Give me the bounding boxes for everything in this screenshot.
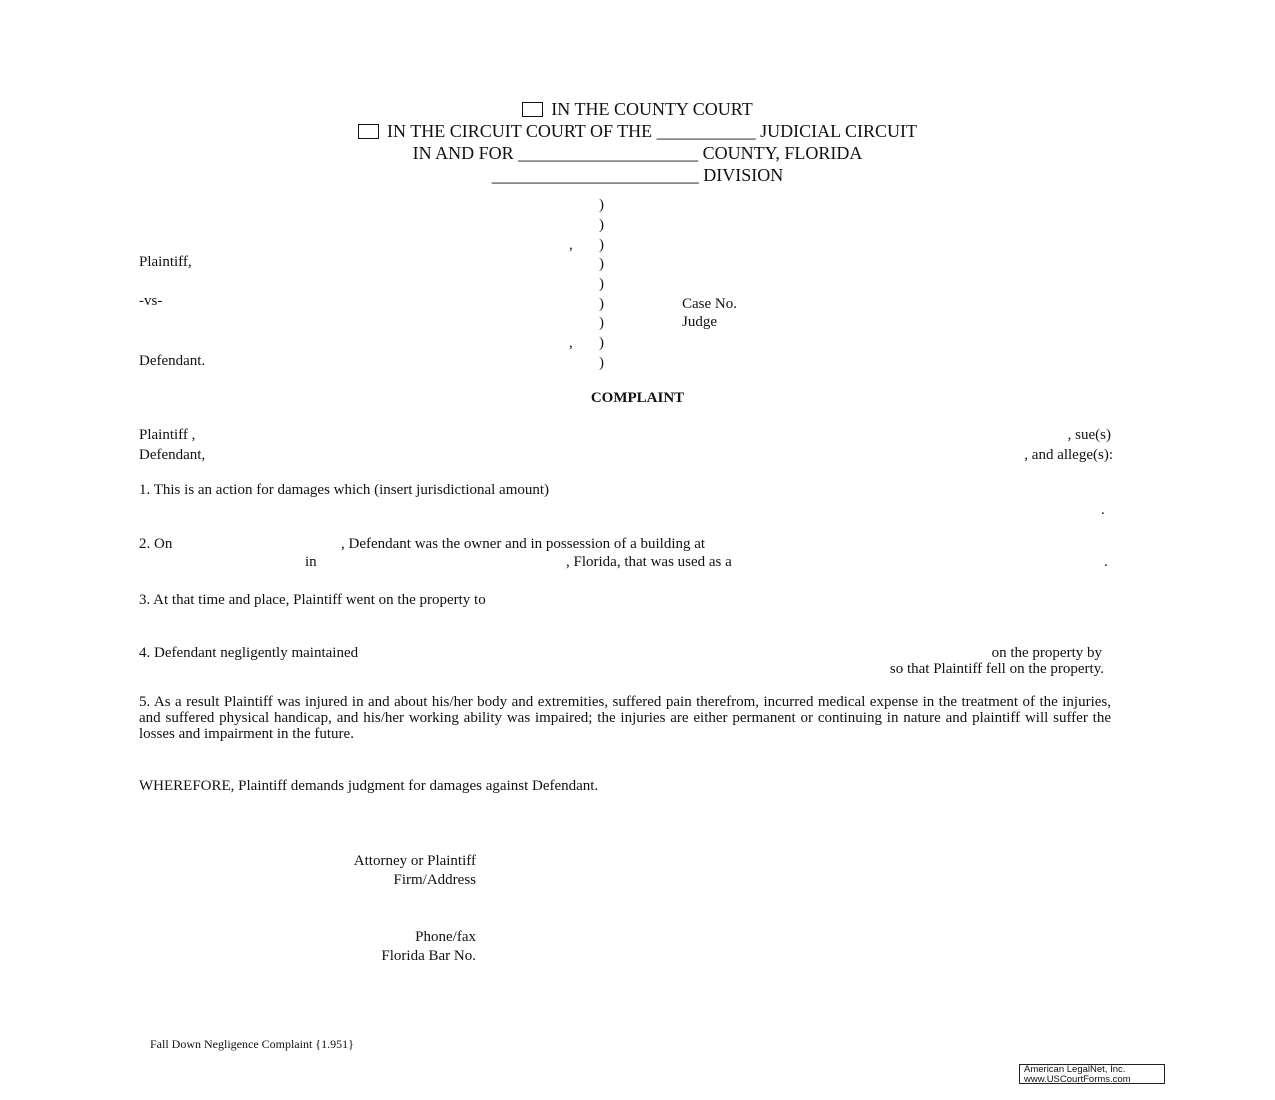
paragraph-2-florida: , Florida, that was used as a [566, 553, 732, 571]
county-court-line: IN THE COUNTY COURT [0, 98, 1275, 120]
defendant-name-comma: , [569, 334, 573, 352]
paragraph-2-end: . [1104, 553, 1108, 571]
paragraph-2-in: in [305, 553, 317, 571]
paragraph-2-owner: , Defendant was the owner and in possess… [341, 535, 705, 553]
publisher-badge: American LegalNet, Inc. www.USCourtForms… [1019, 1064, 1165, 1084]
publisher-url[interactable]: www.USCourtForms.com [1024, 1075, 1164, 1085]
county-court-label: IN THE COUNTY COURT [551, 99, 752, 119]
plaintiff-name-comma: , [569, 236, 573, 254]
caption-paren: ) [599, 216, 604, 234]
intro-alleges: , and allege(s): [1024, 446, 1113, 464]
paragraph-2-on: 2. On [139, 535, 172, 553]
caption-paren: ) [599, 196, 604, 214]
paragraph-3: 3. At that time and place, Plaintiff wen… [139, 591, 486, 609]
caption-paren: ) [599, 255, 604, 273]
circuit-court-checkbox[interactable] [358, 124, 379, 139]
signature-firm-label: Firm/Address [394, 871, 477, 889]
division-line: _______________________ DIVISION [0, 164, 1275, 186]
intro-sues: , sue(s) [1068, 426, 1111, 444]
circuit-court-label: IN THE CIRCUIT COURT OF THE ___________ … [387, 121, 917, 141]
paragraph-1-end: . [1101, 501, 1105, 519]
caption-paren: ) [599, 354, 604, 372]
caption-paren: ) [599, 275, 604, 293]
caption-paren: ) [599, 295, 604, 313]
signature-bar-no-label: Florida Bar No. [381, 947, 476, 965]
case-number-label: Case No. [682, 295, 737, 313]
paragraph-4-fell: so that Plaintiff fell on the property. [890, 660, 1104, 678]
caption-paren: ) [599, 314, 604, 332]
document-title: COMPLAINT [0, 389, 1275, 407]
caption-vs-label: -vs- [139, 292, 162, 310]
caption-plaintiff-label: Plaintiff, [139, 253, 192, 271]
caption-paren: ) [599, 236, 604, 254]
intro-defendant-label: Defendant, [139, 446, 205, 464]
paragraph-5: 5. As a result Plaintiff was injured in … [139, 694, 1111, 742]
judge-label: Judge [682, 313, 717, 331]
intro-plaintiff-label: Plaintiff , [139, 426, 195, 444]
county-court-checkbox[interactable] [522, 102, 543, 117]
caption-paren: ) [599, 334, 604, 352]
signature-phone-label: Phone/fax [415, 928, 476, 946]
paragraph-1: 1. This is an action for damages which (… [139, 481, 549, 499]
caption-defendant-label: Defendant. [139, 352, 205, 370]
signature-attorney-label: Attorney or Plaintiff [354, 852, 476, 870]
circuit-court-line: IN THE CIRCUIT COURT OF THE ___________ … [0, 120, 1275, 142]
form-name-footer: Fall Down Negligence Complaint {1.951} [150, 1035, 354, 1053]
county-line: IN AND FOR ____________________ COUNTY, … [0, 142, 1275, 164]
wherefore-clause: WHEREFORE, Plaintiff demands judgment fo… [139, 777, 598, 795]
paragraph-4: 4. Defendant negligently maintained [139, 644, 358, 662]
